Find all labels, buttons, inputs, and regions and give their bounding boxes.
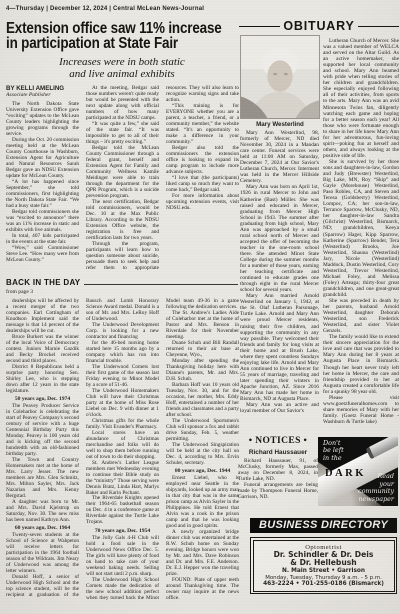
body-paragraph: At the meeting, Bedgar said those number… [86,85,159,121]
body-paragraph: A daughter was born to Mr. and Mrs. Davi… [6,499,79,523]
body-paragraph: “It was quite a few,” she said of the st… [86,121,159,145]
body-paragraph: In total, 407 kids participated in the e… [6,233,79,245]
body-paragraph: Duane Schuh and Bill Randall returned to… [166,340,239,358]
body-paragraph: “A lot has happened since September,” sh… [6,179,79,209]
obituary-column-1: Mary Ann Westerlind, 98, formerly of Mer… [240,130,319,433]
body-paragraph: The Town and Country Homemakers met at t… [6,457,79,499]
body-paragraph: Monday after spending the Thanksgiving h… [166,358,239,382]
listing-inner-border: Optometrist Dr. Schindler & Dr. Deis & D… [253,540,395,592]
header-rule-left [239,26,280,27]
body-paragraph: “This training is for EVERYONE whether y… [166,103,239,145]
body-paragraph: Lutheran Church of Mercer. She was a val… [323,38,399,159]
portrait-photo-placeholder [241,36,319,118]
body-paragraph: The Peavey Producer Service in Coleharbo… [6,403,79,457]
body-paragraph: Christmas gifts for the whole family. Vi… [86,418,159,430]
notices-title: • NOTICES • [238,436,318,446]
decade-heading: 60 years ago, Dec. 1964 [6,525,79,531]
byline: BY KELLI AMELING Associate Publisher [6,85,79,98]
body-paragraph: Bruce Burkert was the winner of the loca… [6,334,79,364]
body-paragraph: Please visit www.goetzfuneralhomes.com t… [323,395,399,425]
newspaper-page: 4—Thursday | December 12, 2024 | Central… [0,0,400,614]
body-paragraph: The Underwood Sportsmen's Club will spon… [166,418,239,442]
header-rule [84,277,238,285]
body-paragraph: dealerships will be affected by a recent… [6,298,79,334]
body-paragraph: District 8 Republicans held a surprise p… [6,364,79,394]
back-in-the-day-columns: dealerships will be affected by a recent… [6,298,239,604]
obituary-column-2: Lutheran Church of Mercer. She was a val… [323,38,399,434]
header-rule-right [358,26,399,27]
body-paragraph: newspaper [358,496,394,503]
listing-hours: Monday, Tuesday, Thursday 9 a.m. - 5 p.m… [254,575,394,581]
body-paragraph: For more information about upcoming exte… [166,193,239,211]
body-paragraph: The Underwood Homemakers Club will have … [86,388,159,418]
section-title: BACK IN THE DAY [6,278,80,287]
body-paragraph: She is survived by her three sons and da… [323,159,399,298]
subhead-line-1: Increases were in both static [6,57,238,69]
obituary-photo [240,35,320,119]
byline-title: Associate Publisher [6,92,79,98]
body-paragraph: “I love that (the participants) liked ca… [166,175,239,193]
notice-body: Richard Haussauer, 91, of McClusky, form… [238,458,318,501]
newspaper-promo-ad: Don'tbe leftin the DARK Readyourcommunit… [318,437,398,506]
decade-heading: 80 years ago, Dec. 1944 [166,468,239,474]
body-paragraph: The St. Andrew's Ladies Aide of Coleharb… [166,310,239,340]
body-paragraph: The North Dakota State University Extens… [6,101,79,137]
listing-name-line-2: & Dr. Hellebush [254,559,394,567]
listing-phone: 463-2224 • 701-255-0186 (Bismarck) [254,581,394,587]
article-headline: Extension office saw 11% increase in par… [6,22,239,51]
article-subhead: Increases were in both static and live a… [6,57,238,80]
subhead-line-2: and live animal exhibits [6,69,238,81]
obituary-title: OBITUARY [283,19,354,33]
body-paragraph: Mary Ann was an active and loyal member … [240,402,319,414]
body-paragraph: Mary Ann Westerlind, 98, formerly of Mer… [240,130,319,184]
continued-from-note: from page 3 [6,289,33,295]
body-paragraph: The family would like to extend their si… [323,334,399,394]
business-directory-listing: Optometrist Dr. Schindler & Dr. Deis & D… [250,537,397,594]
body-paragraph: The Underwood Development Corp. is looki… [86,322,159,340]
decade-heading: 70 years ago, Dec. 1954 [86,528,159,534]
ad-bottom-text: Readyourcommunitynewspaper [358,473,394,503]
listing-address: N. Main Street • Garrison [254,568,394,574]
notices-section: • NOTICES • Richard Haussauer Richard Ha… [238,436,318,501]
body-paragraph: The Jolly Gals 4-H Club will hold a food… [86,535,159,577]
back-in-the-day-header: BACK IN THE DAY [6,277,238,287]
body-paragraph: Bedger also told the commissioners the e… [166,145,239,175]
headline-line-2: in participation at State Fair [6,37,202,52]
body-paragraph: The Riverdale Knights opened their 1964-… [86,495,159,525]
body-paragraph: Mary Ann was born on April 1st, 1926 in … [240,184,319,293]
byline-author: BY KELLI AMELING [6,85,79,92]
body-paragraph: The next certification, Bedgar told comm… [86,199,159,241]
body-paragraph: Mary Ann married Arnold Westerlind on Ja… [240,293,319,402]
business-directory-banner: BUSINESS DIRECTORY [250,518,397,533]
body-paragraph: Local stores have an abundance of Christ… [86,430,159,460]
notice-name: Richard Haussauer [238,449,318,456]
body-paragraph: The Underwood Singspiration will be held… [166,442,239,466]
body-paragraph: During the Oct. 20 commission meeting he… [6,137,79,179]
body-paragraph: Bedgar told the McLean County Commission… [86,145,159,199]
body-paragraph: The Underwood Comets lost their first ga… [86,364,159,388]
body-paragraph: Barbara Hoff was 10 years old Tuesday, N… [166,382,239,418]
obituary-header: OBITUARY [239,19,399,33]
decade-heading: 50 years ago, Dec. 1974 [6,396,79,402]
body-paragraph: “Wow,” said Commissioner Steve Lee. “How… [6,245,79,263]
body-paragraph: Bedgar told commissioners she was “excit… [6,209,79,233]
body-paragraph: in the [323,455,344,462]
body-paragraph: Funeral arrangements are being made by T… [238,482,318,500]
body-paragraph: Ernest Liebel, who is employed near Seat… [166,475,239,529]
masthead-dateline: 4—Thursday | December 12, 2024 | Central… [6,6,204,12]
body-paragraph: FOUND: Plate of upper teeth around Thank… [166,577,239,601]
body-paragraph: St. Andrew's Luther League members met W… [86,460,159,496]
article-body-columns: BY KELLI AMELING Associate Publisher The… [6,85,239,271]
body-paragraph: Richard Haussauer, 91, of McClusky, form… [238,458,318,483]
body-paragraph: Twenty-seven students at the School of S… [6,532,79,574]
article-text: The North Dakota State University Extens… [6,85,239,271]
ad-top-text: Don'tbe leftin the [323,440,344,462]
photo-caption: Mary Westerlind [240,121,320,128]
body-paragraph: A newly organized bridge dinner club was… [166,529,239,577]
body-paragraph: She was preceded in death by her parents… [323,298,399,334]
body-paragraph: for the 46-bed nursing home started here… [86,340,159,364]
